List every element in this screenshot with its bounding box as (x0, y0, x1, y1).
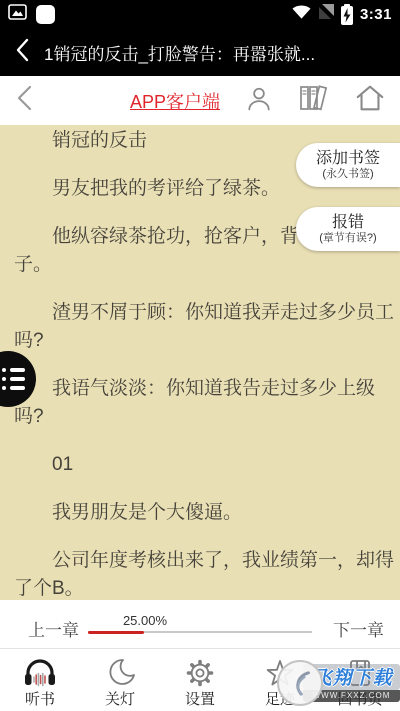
nav-back-chevron-icon[interactable] (14, 83, 34, 118)
settings-label: 设置 (185, 692, 215, 708)
battery-charging-icon (341, 6, 353, 25)
prev-chapter-button[interactable]: 上一章 (28, 616, 79, 641)
report-error-button[interactable]: 报错 (章节有误?) (296, 207, 400, 251)
section-number: 01 (14, 451, 394, 479)
wifi-icon (291, 4, 312, 25)
status-bar: 3:31 (0, 0, 400, 28)
progress-percent-label: 25.00% (123, 613, 167, 628)
listen-book-label: 听书 (25, 692, 55, 708)
reading-progress[interactable]: 25.00% (88, 600, 312, 648)
back-chevron-icon[interactable] (14, 37, 30, 68)
next-chapter-button[interactable]: 下一章 (333, 616, 384, 641)
app-client-link[interactable]: APP客户端 (130, 88, 220, 114)
clock-time: 3:31 (360, 6, 392, 23)
back-to-page-label: 回书页 (337, 692, 382, 708)
body-paragraph: 我男朋友是个大傻逼。 (14, 499, 394, 527)
reader-app-screen: 3:31 1销冠的反击_打脸警告：再嚣张就... APP客户端 销冠的反击 (0, 0, 400, 711)
listen-book-button[interactable]: 听书 (0, 649, 80, 711)
progress-fill (88, 631, 144, 634)
back-to-page-button[interactable]: 回书页 (320, 649, 400, 711)
body-paragraph: 我语气淡淡：你知道我告走过多少上级 吗? (14, 375, 394, 431)
footprints-button[interactable]: 足迹 (240, 649, 320, 711)
bottom-toolbar: 听书 关灯 设置 (0, 648, 400, 711)
add-bookmark-button[interactable]: 添加书签 (永久书签) (296, 143, 400, 187)
add-bookmark-label: 添加书签 (316, 150, 380, 168)
home-icon[interactable] (354, 83, 386, 118)
body-paragraph: 公司年度考核出来了，我业绩第一，却得 了个B。 (14, 547, 394, 600)
chapter-nav: 上一章 25.00% 下一章 (0, 600, 400, 648)
title-bar: 1销冠的反击_打脸警告：再嚣张就... (0, 28, 400, 76)
bookmark-page-icon (343, 654, 377, 692)
body-paragraph: 渣男不屑于顾：你知道我弄走过多少员工 吗? (14, 299, 394, 355)
footprints-label: 足迹 (265, 692, 295, 708)
lights-off-label: 关灯 (105, 692, 135, 708)
report-error-label: 报错 (332, 214, 364, 232)
moon-icon (103, 654, 137, 692)
lights-off-button[interactable]: 关灯 (80, 649, 160, 711)
app-notification-icon (36, 5, 55, 24)
no-sim-icon (319, 4, 334, 24)
star-icon (263, 654, 297, 692)
add-bookmark-sublabel: (永久书签) (322, 168, 373, 181)
bookshelf-icon[interactable] (298, 83, 330, 118)
reading-area[interactable]: 销冠的反击 男友把我的考评给了绿茶。 他纵容绿茶抢功，抢客户，背 子。 渣男不屑… (0, 125, 400, 600)
settings-button[interactable]: 设置 (160, 649, 240, 711)
browser-nav-bar: APP客户端 (0, 76, 400, 125)
headphones-icon (22, 654, 58, 692)
page-title: 1销冠的反击_打脸警告：再嚣张就... (44, 40, 315, 65)
gear-icon (183, 654, 217, 692)
screenshot-notification-icon (8, 4, 27, 25)
user-icon[interactable] (244, 83, 274, 118)
report-error-sublabel: (章节有误?) (319, 232, 376, 245)
